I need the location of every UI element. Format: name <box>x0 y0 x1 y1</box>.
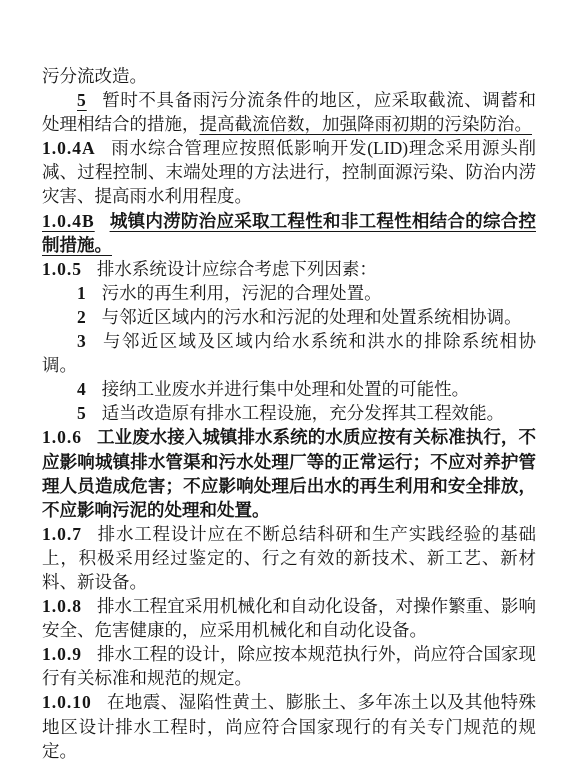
clause-1-0-8: 1.0.8排水工程宜采用机械化和自动化设备，对操作繁重、影响安全、危害健康的，应… <box>42 594 536 642</box>
text-run: 城镇内涝防治应采取工程性和非工程性相结合的综合控制措施。 <box>42 211 536 255</box>
sub-item-5: 5适当改造原有排水工程设施，充分发挥其工程效能。 <box>42 401 536 425</box>
text-run: 接纳工业废水并进行集中处理和处置的可能性。 <box>102 379 470 399</box>
text-run: 与邻近区域及区域内给水系统和洪水的排除系统相协调。 <box>42 331 536 375</box>
text-run: 与邻近区域内的污水和污泥的处理和处置系统相协调。 <box>102 307 522 327</box>
para-continuation-top: 污分流改造。 <box>42 64 536 88</box>
text-run: 排水工程设计应在不断总结科研和生产实践经验的基础上，积极采用经过鉴定的、行之有效… <box>42 524 536 592</box>
text-run: 工业废水接入城镇排水系统的水质应按有关标准执行，不应影响城镇排水管渠和污水处理厂… <box>42 427 536 519</box>
clause-1-0-4a: 1.0.4A雨水综合管理应按照低影响开发(LID)理念采用源头削减、过程控制、末… <box>42 136 536 208</box>
item-number: 5 <box>77 90 87 110</box>
clause-1-0-7: 1.0.7排水工程设计应在不断总结科研和生产实践经验的基础上，积极采用经过鉴定的… <box>42 522 536 594</box>
text-run: 在地震、湿陷性黄土、膨胀土、多年冻土以及其他特殊地区设计排水工程时，尚应符合国家… <box>42 692 536 760</box>
sub-item-5-revised: 5暂时不具备雨污分流条件的地区，应采取截流、调蓄和处理相结合的措施，提高截流倍数… <box>42 88 536 136</box>
clause-number: 1.0.7 <box>42 524 82 544</box>
text-run: 雨水综合管理应按照低影响开发(LID)理念采用源头削减、过程控制、末端处理的方法… <box>42 138 536 206</box>
clause-number: 1.0.5 <box>42 259 82 279</box>
clause-1-0-6: 1.0.6工业废水接入城镇排水系统的水质应按有关标准执行，不应影响城镇排水管渠和… <box>42 425 536 521</box>
text-block: 污分流改造。5暂时不具备雨污分流条件的地区，应采取截流、调蓄和处理相结合的措施，… <box>42 64 536 763</box>
text-run: 排水系统设计应综合考虑下列因素： <box>97 259 377 279</box>
clause-1-0-10: 1.0.10在地震、湿陷性黄土、膨胀土、多年冻土以及其他特殊地区设计排水工程时，… <box>42 690 536 762</box>
item-number: 2 <box>77 307 87 327</box>
text-run: 排水工程宜采用机械化和自动化设备，对操作繁重、影响安全、危害健康的，应采用机械化… <box>42 596 536 640</box>
text-run: 适当改造原有排水工程设施，充分发挥其工程效能。 <box>102 403 505 423</box>
text-run: 污分流改造。 <box>42 66 147 86</box>
text-run: 提高截流倍数，加强降雨初期的污染防治。 <box>200 114 533 134</box>
sub-item-3: 3与邻近区域及区域内给水系统和洪水的排除系统相协调。 <box>42 329 536 377</box>
clause-number: 1.0.6 <box>42 427 82 447</box>
item-number: 5 <box>77 403 87 423</box>
item-number: 3 <box>77 331 87 351</box>
text-run: 污水的再生利用，污泥的合理处置。 <box>102 283 382 303</box>
item-number: 4 <box>77 379 87 399</box>
clause-number: 1.0.8 <box>42 596 82 616</box>
sub-item-1: 1污水的再生利用，污泥的合理处置。 <box>42 281 536 305</box>
item-number: 1 <box>77 283 87 303</box>
clause-1-0-9: 1.0.9排水工程的设计，除应按本规范执行外，尚应符合国家现行有关标准和规范的规… <box>42 642 536 690</box>
clause-1-0-4b: 1.0.4B城镇内涝防治应采取工程性和非工程性相结合的综合控制措施。 <box>42 209 536 257</box>
clause-number: 1.0.9 <box>42 644 82 664</box>
document-page: 污分流改造。5暂时不具备雨污分流条件的地区，应采取截流、调蓄和处理相结合的措施，… <box>0 0 576 764</box>
clause-1-0-5: 1.0.5排水系统设计应综合考虑下列因素： <box>42 257 536 281</box>
sub-item-2: 2与邻近区域内的污水和污泥的处理和处置系统相协调。 <box>42 305 536 329</box>
clause-number: 1.0.10 <box>42 692 92 712</box>
clause-number: 1.0.4A <box>42 138 96 158</box>
text-run: 排水工程的设计，除应按本规范执行外，尚应符合国家现行有关标准和规范的规定。 <box>42 644 536 688</box>
sub-item-4: 4接纳工业废水并进行集中处理和处置的可能性。 <box>42 377 536 401</box>
clause-number: 1.0.4B <box>42 211 95 231</box>
